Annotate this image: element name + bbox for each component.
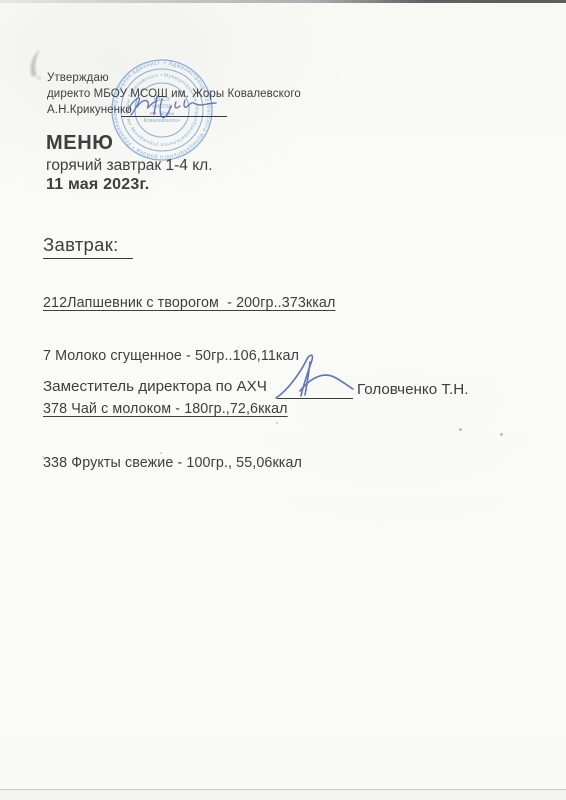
- signoff-name: Головченко Т.Н.: [357, 381, 468, 398]
- menu-date: 11 мая 2023г.: [46, 176, 149, 194]
- approval-line-name: А.Н.Крикуненко: [47, 104, 132, 116]
- scan-speck: [290, 467, 292, 469]
- scan-speck: [500, 433, 503, 436]
- menu-subtitle: горячий завтрак 1-4 кл.: [46, 157, 213, 175]
- scanned-page: • Администрации Кузбасского муниципально…: [0, 0, 566, 800]
- menu-item: 212Лапшевник с творогом - 200гр..373ккал: [43, 295, 335, 313]
- scan-top-edge: [0, 0, 566, 3]
- signoff-role: Заместитель директора по АХЧ: [43, 378, 267, 395]
- deputy-signature: [264, 349, 359, 403]
- page-title: МЕНЮ: [46, 132, 113, 155]
- scan-bottom-edge-area: [0, 790, 566, 800]
- scan-speck: [276, 422, 278, 424]
- scan-speck: [459, 428, 462, 431]
- scan-speck: [42, 456, 44, 458]
- scan-smudge: [14, 42, 84, 92]
- menu-item: 338 Фрукты свежие - 100гр., 55,06ккал: [43, 455, 335, 473]
- menu-item: 378 Чай с молоком - 180гр.,72,6ккал: [43, 401, 335, 419]
- approval-line-utverzhdayu: Утверждаю: [47, 72, 109, 84]
- director-signature: [124, 90, 232, 122]
- section-heading: Завтрак:: [43, 234, 133, 259]
- scan-speck: [160, 452, 162, 454]
